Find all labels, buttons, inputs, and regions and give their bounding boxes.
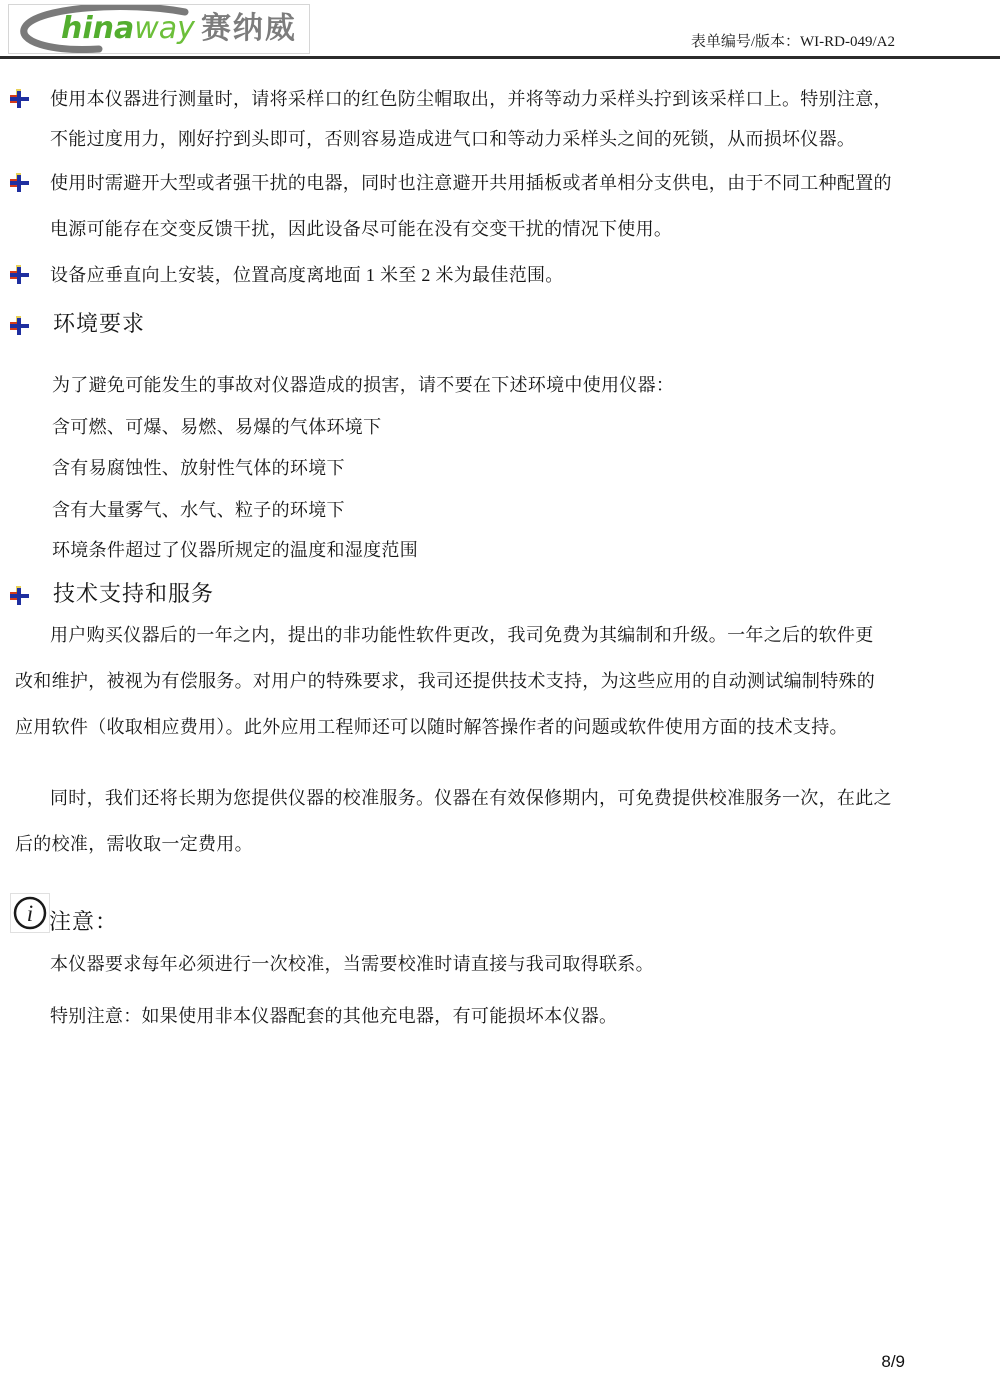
chinaway-logo: hinaway赛纳威 [8,4,310,54]
svg-text:i: i [27,901,33,926]
arrow-bullet-icon [10,89,29,108]
notice-label: 注意： [49,905,118,936]
logo-text: hinaway赛纳威 [61,11,297,47]
bullet-3-line-1: 设备应垂直向上安装，位置高度离地面 1 米至 2 米为最佳范围。 [50,264,564,286]
bullet-1-line-2: 不能过度用力，刚好拧到头即可，否则容易造成进气口和等动力采样头之间的死锁，从而损… [50,128,855,150]
bullet-2-line-2: 电源可能存在交变反馈干扰，因此设备尽可能在没有交变干扰的情况下使用。 [50,218,672,240]
env-item-3: 含有大量雾气、水气、粒子的环境下 [52,499,345,521]
support-line-1: 用户购买仪器后的一年之内，提出的非功能性软件更改，我司免费为其编制和升级。一年之… [50,624,874,646]
notice-line-1: 本仪器要求每年必须进行一次校准，当需要校准时请直接与我司取得联系。 [50,953,654,975]
bullet-2-line-1: 使用时需避开大型或者强干扰的电器，同时也注意避开共用插板或者单相分支供电，由于不… [50,172,892,194]
page-number: 8/9 [881,1352,905,1372]
arrow-bullet-icon [10,265,29,284]
logo-text-way: way [134,11,195,46]
env-requirements-heading: 环境要求 [53,311,145,337]
logo-text-hina: hina [61,11,134,46]
calibration-line-1: 同时，我们还将长期为您提供仪器的校准服务。仪器在有效保修期内，可免费提供校准服务… [50,787,892,809]
calibration-line-2: 后的校准，需收取一定费用。 [15,833,253,855]
info-icon: i [10,893,50,933]
support-line-3: 应用软件（收取相应费用）。此外应用工程师还可以随时解答操作者的问题或软件使用方面… [15,716,848,738]
env-item-4: 环境条件超过了仪器所规定的温度和湿度范围 [52,539,418,561]
form-number-label: 表单编号/版本：WI-RD-049/A2 [691,30,895,51]
bullet-1-line-1: 使用本仪器进行测量时，请将采样口的红色防尘帽取出，并将等动力采样头拧到该采样口上… [50,88,892,110]
header-divider [0,56,1000,59]
arrow-bullet-icon [10,173,29,192]
notice-line-2: 特别注意：如果使用非本仪器配套的其他充电器，有可能损坏本仪器。 [50,1005,617,1027]
support-line-2: 改和维护，被视为有偿服务。对用户的特殊要求，我司还提供技术支持，为这些应用的自动… [15,670,875,692]
tech-support-heading: 技术支持和服务 [53,581,214,607]
arrow-bullet-icon [10,316,29,335]
env-intro: 为了避免可能发生的事故对仪器造成的损害，请不要在下述环境中使用仪器： [52,374,674,396]
arrow-bullet-icon [10,586,29,605]
env-item-1: 含可燃、可爆、易燃、易爆的气体环境下 [52,416,381,438]
logo-text-cn: 赛纳威 [201,11,297,46]
document-page: hinaway赛纳威 表单编号/版本：WI-RD-049/A2 使用本仪器进行测… [0,0,1000,1386]
env-item-2: 含有易腐蚀性、放射性气体的环境下 [52,457,345,479]
